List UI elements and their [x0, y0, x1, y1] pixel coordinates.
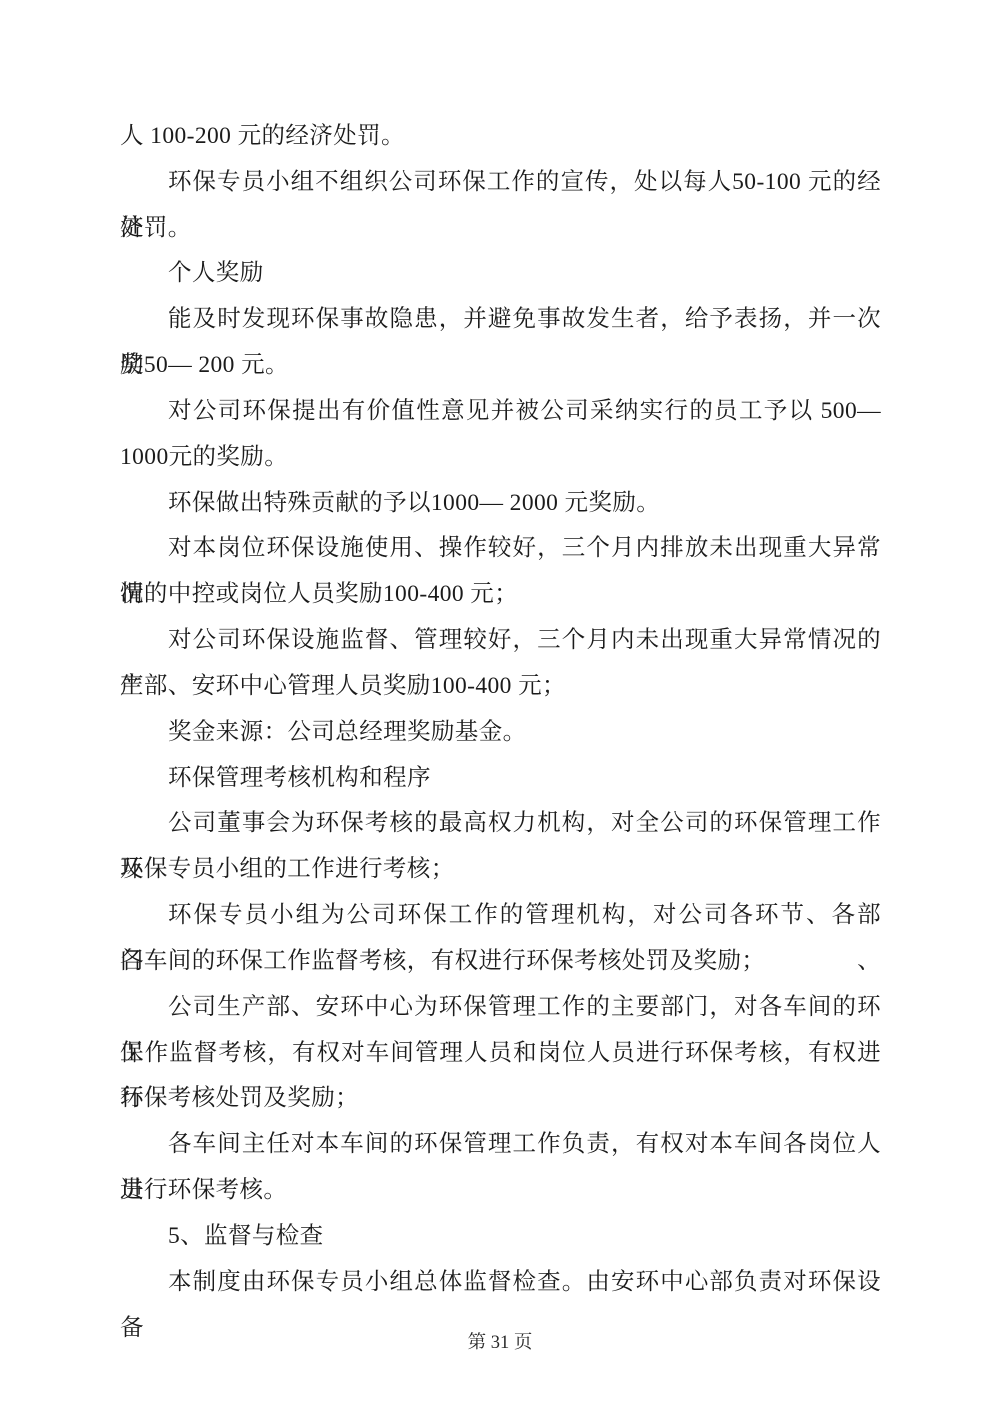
- text-line: 况的中控或岗位人员奖励100-400 元；: [120, 572, 881, 618]
- text-line: 环保专员小组为公司环保工作的管理机构，对公司各环节、各部门、: [120, 893, 881, 939]
- page-number: 第 31 页: [0, 1330, 1000, 1356]
- text-line: 1000元的奖励。: [120, 435, 881, 481]
- text-line: 5、监督与检查: [120, 1214, 881, 1260]
- text-line: 各车间主任对本车间的环保管理工作负责，有权对本车间各岗位人员: [120, 1122, 881, 1168]
- text-line: 公司生产部、安环中心为环保管理工作的主要部门，对各车间的环保: [120, 985, 881, 1031]
- text-line: 奖金来源：公司总经理奖励基金。: [120, 710, 881, 756]
- text-line: 本制度由环保专员小组总体监督检查。由安环中心部负责对环保设备: [120, 1260, 881, 1306]
- text-line: 环保做出特殊贡献的予以1000— 2000 元奖励。: [120, 481, 881, 527]
- text-line: 环保管理考核机构和程序: [120, 756, 881, 802]
- text-line: 个人奖励: [120, 251, 881, 297]
- text-line: 对本岗位环保设施使用、操作较好，三个月内排放未出现重大异常情: [120, 526, 881, 572]
- text-line: 对公司环保提出有价值性意见并被公司采纳实行的员工予以 500—: [120, 389, 881, 435]
- text-line: 环保专员小组的工作进行考核；: [120, 847, 881, 893]
- text-line: 对公司环保设施监督、管理较好，三个月内未出现重大异常情况的生: [120, 618, 881, 664]
- text-line: 环保考核处罚及奖励；: [120, 1076, 881, 1122]
- text-line: 环保专员小组不组织公司环保工作的宣传，处以每人50-100 元的经济: [120, 160, 881, 206]
- text-line: 工作监督考核，有权对车间管理人员和岗位人员进行环保考核，有权进行: [120, 1031, 881, 1077]
- text-line: 产部、安环中心管理人员奖励100-400 元；: [120, 664, 881, 710]
- text-line: 人 100-200 元的经济处罚。: [120, 114, 881, 160]
- text-line: 进行环保考核。: [120, 1168, 881, 1214]
- text-line: 处罚。: [120, 206, 881, 252]
- text-line: 公司董事会为环保考核的最高权力机构，对全公司的环保管理工作及: [120, 801, 881, 847]
- text-line: 能及时发现环保事故隐患，并避免事故发生者，给予表扬，并一次奖: [120, 297, 881, 343]
- document-page: 人 100-200 元的经济处罚。 环保专员小组不组织公司环保工作的宣传，处以每…: [0, 0, 1000, 1415]
- text-line: 励50— 200 元。: [120, 343, 881, 389]
- document-body: 人 100-200 元的经济处罚。 环保专员小组不组织公司环保工作的宣传，处以每…: [120, 114, 881, 1306]
